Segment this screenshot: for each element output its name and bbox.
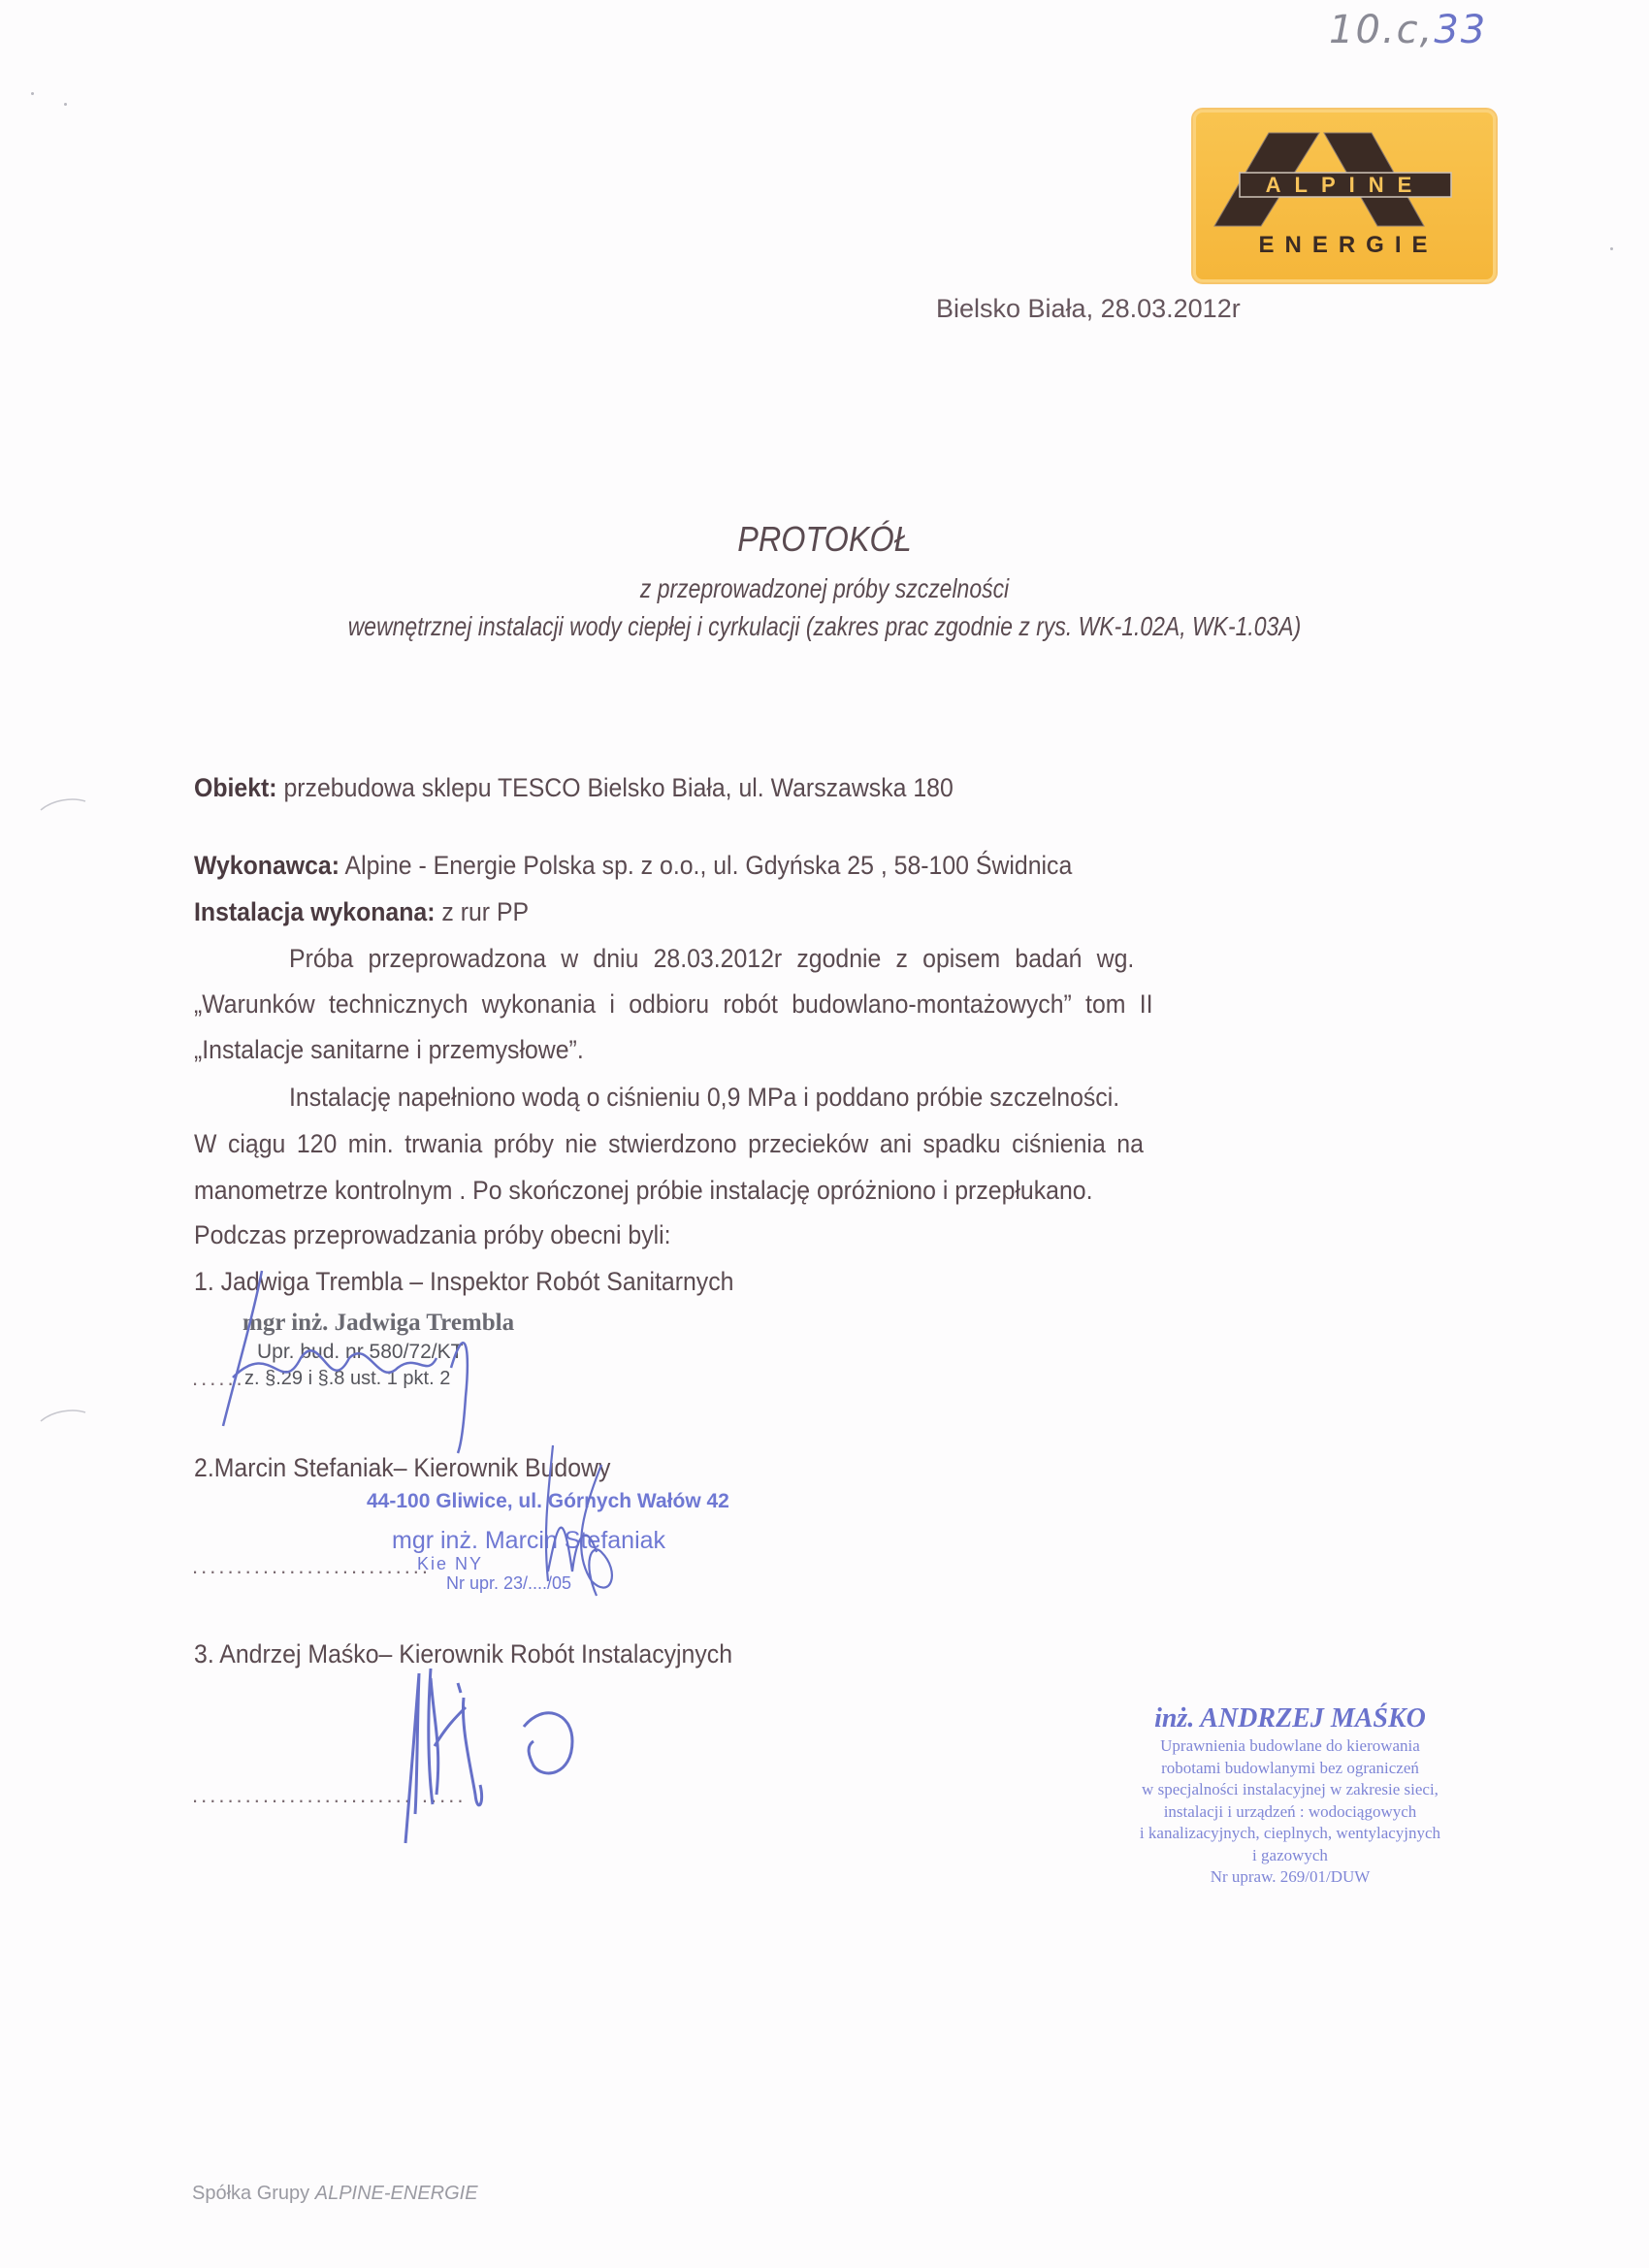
stamp-line: w specjalności instalacyjnej w zakresie …: [1091, 1779, 1489, 1801]
footer-prefix: Spółka Grupy: [192, 2183, 315, 2204]
handwritten-reference-note: 10.c,33: [1329, 8, 1487, 52]
attendee-3-label: 3. Andrzej Maśko– Kierownik Robót Instal…: [194, 1639, 732, 1669]
masko-qualification-stamp: inż. ANDRZEJ MAŚKO Uprawnienia budowlane…: [1091, 1702, 1489, 1889]
footer-brand: ALPINE-ENERGIE: [315, 2183, 478, 2204]
attendees-intro: Podczas przeprowadzania próby obecni byl…: [194, 1220, 671, 1250]
object-value: przebudowa sklepu TESCO Bielsko Biała, u…: [277, 773, 954, 802]
alpine-energie-logo: ALPINE ENERGIE: [1193, 110, 1496, 282]
note-part-gray: 10.c,: [1329, 8, 1434, 52]
stamp-line: instalacji i urządzeń : wodociągowych: [1091, 1801, 1489, 1824]
contractor-value: Alpine - Energie Polska sp. z o.o., ul. …: [339, 851, 1072, 880]
note-part-blue: 33: [1434, 8, 1487, 52]
scan-speck: [64, 103, 67, 106]
installation-label: Instalacja wykonana:: [194, 897, 436, 926]
paragraph1-line2: „Warunków technicznych wykonania i odbio…: [194, 989, 1153, 1020]
contractor-field: Wykonawca: Alpine - Energie Polska sp. z…: [194, 851, 1072, 881]
installation-field: Instalacja wykonana: z rur PP: [194, 897, 529, 927]
svg-text:ALPINE: ALPINE: [1266, 173, 1426, 197]
paragraph1-line3: „Instalacje sanitarne i przemysłowe”.: [194, 1035, 584, 1065]
paragraph1-line1: Próba przeprowadzona w dniu 28.03.2012r …: [289, 944, 1134, 974]
attendee-3-signature-icon: [388, 1669, 621, 1863]
contractor-label: Wykonawca:: [194, 851, 339, 880]
punch-hole-mark-icon: [39, 795, 87, 815]
stamp-name: inż. ANDRZEJ MAŚKO: [1091, 1702, 1489, 1735]
attendee-2-stamp-title: Kie NY: [417, 1554, 483, 1574]
paragraph2-line3: manometrze kontrolnym . Po skończonej pr…: [194, 1176, 1092, 1206]
scan-speck: [31, 92, 34, 95]
attendee-2-signature-icon: [504, 1436, 640, 1620]
attendee-2-signature-line: ...........................: [192, 1554, 431, 1579]
stamp-line: Nr upraw. 269/01/DUW: [1091, 1866, 1489, 1889]
logo-energie-text: ENERGIE: [1193, 232, 1496, 259]
installation-value: z rur PP: [436, 897, 530, 926]
paragraph2-line1: Instalację napełniono wodą o ciśnieniu 0…: [289, 1083, 1119, 1113]
object-label: Obiekt:: [194, 773, 277, 802]
object-field: Obiekt: przebudowa sklepu TESCO Bielsko …: [194, 773, 954, 803]
attendee-1-signature-icon: [204, 1261, 572, 1455]
document-subtitle-line1: z przeprowadzonej próby szczelności: [148, 573, 1501, 604]
document-title: PROTOKÓŁ: [82, 519, 1567, 560]
document-subtitle-line2: wewnętrznej instalacji wody ciepłej i cy…: [148, 611, 1501, 642]
footer-group-note: Spółka Grupy ALPINE-ENERGIE: [192, 2183, 478, 2205]
stamp-line: Uprawnienia budowlane do kierowania: [1091, 1735, 1489, 1758]
punch-hole-mark-icon: [39, 1407, 87, 1426]
scan-speck: [1610, 247, 1613, 250]
stamp-line: i gazowych: [1091, 1845, 1489, 1867]
stamp-line: robotami budowlanymi bez ograniczeń: [1091, 1758, 1489, 1780]
stamp-line: i kanalizacyjnych, cieplnych, wentylacyj…: [1091, 1823, 1489, 1845]
paragraph2-line2: W ciągu 120 min. trwania próby nie stwie…: [194, 1129, 1144, 1159]
city-and-date: Bielsko Biała, 28.03.2012r: [936, 294, 1241, 324]
